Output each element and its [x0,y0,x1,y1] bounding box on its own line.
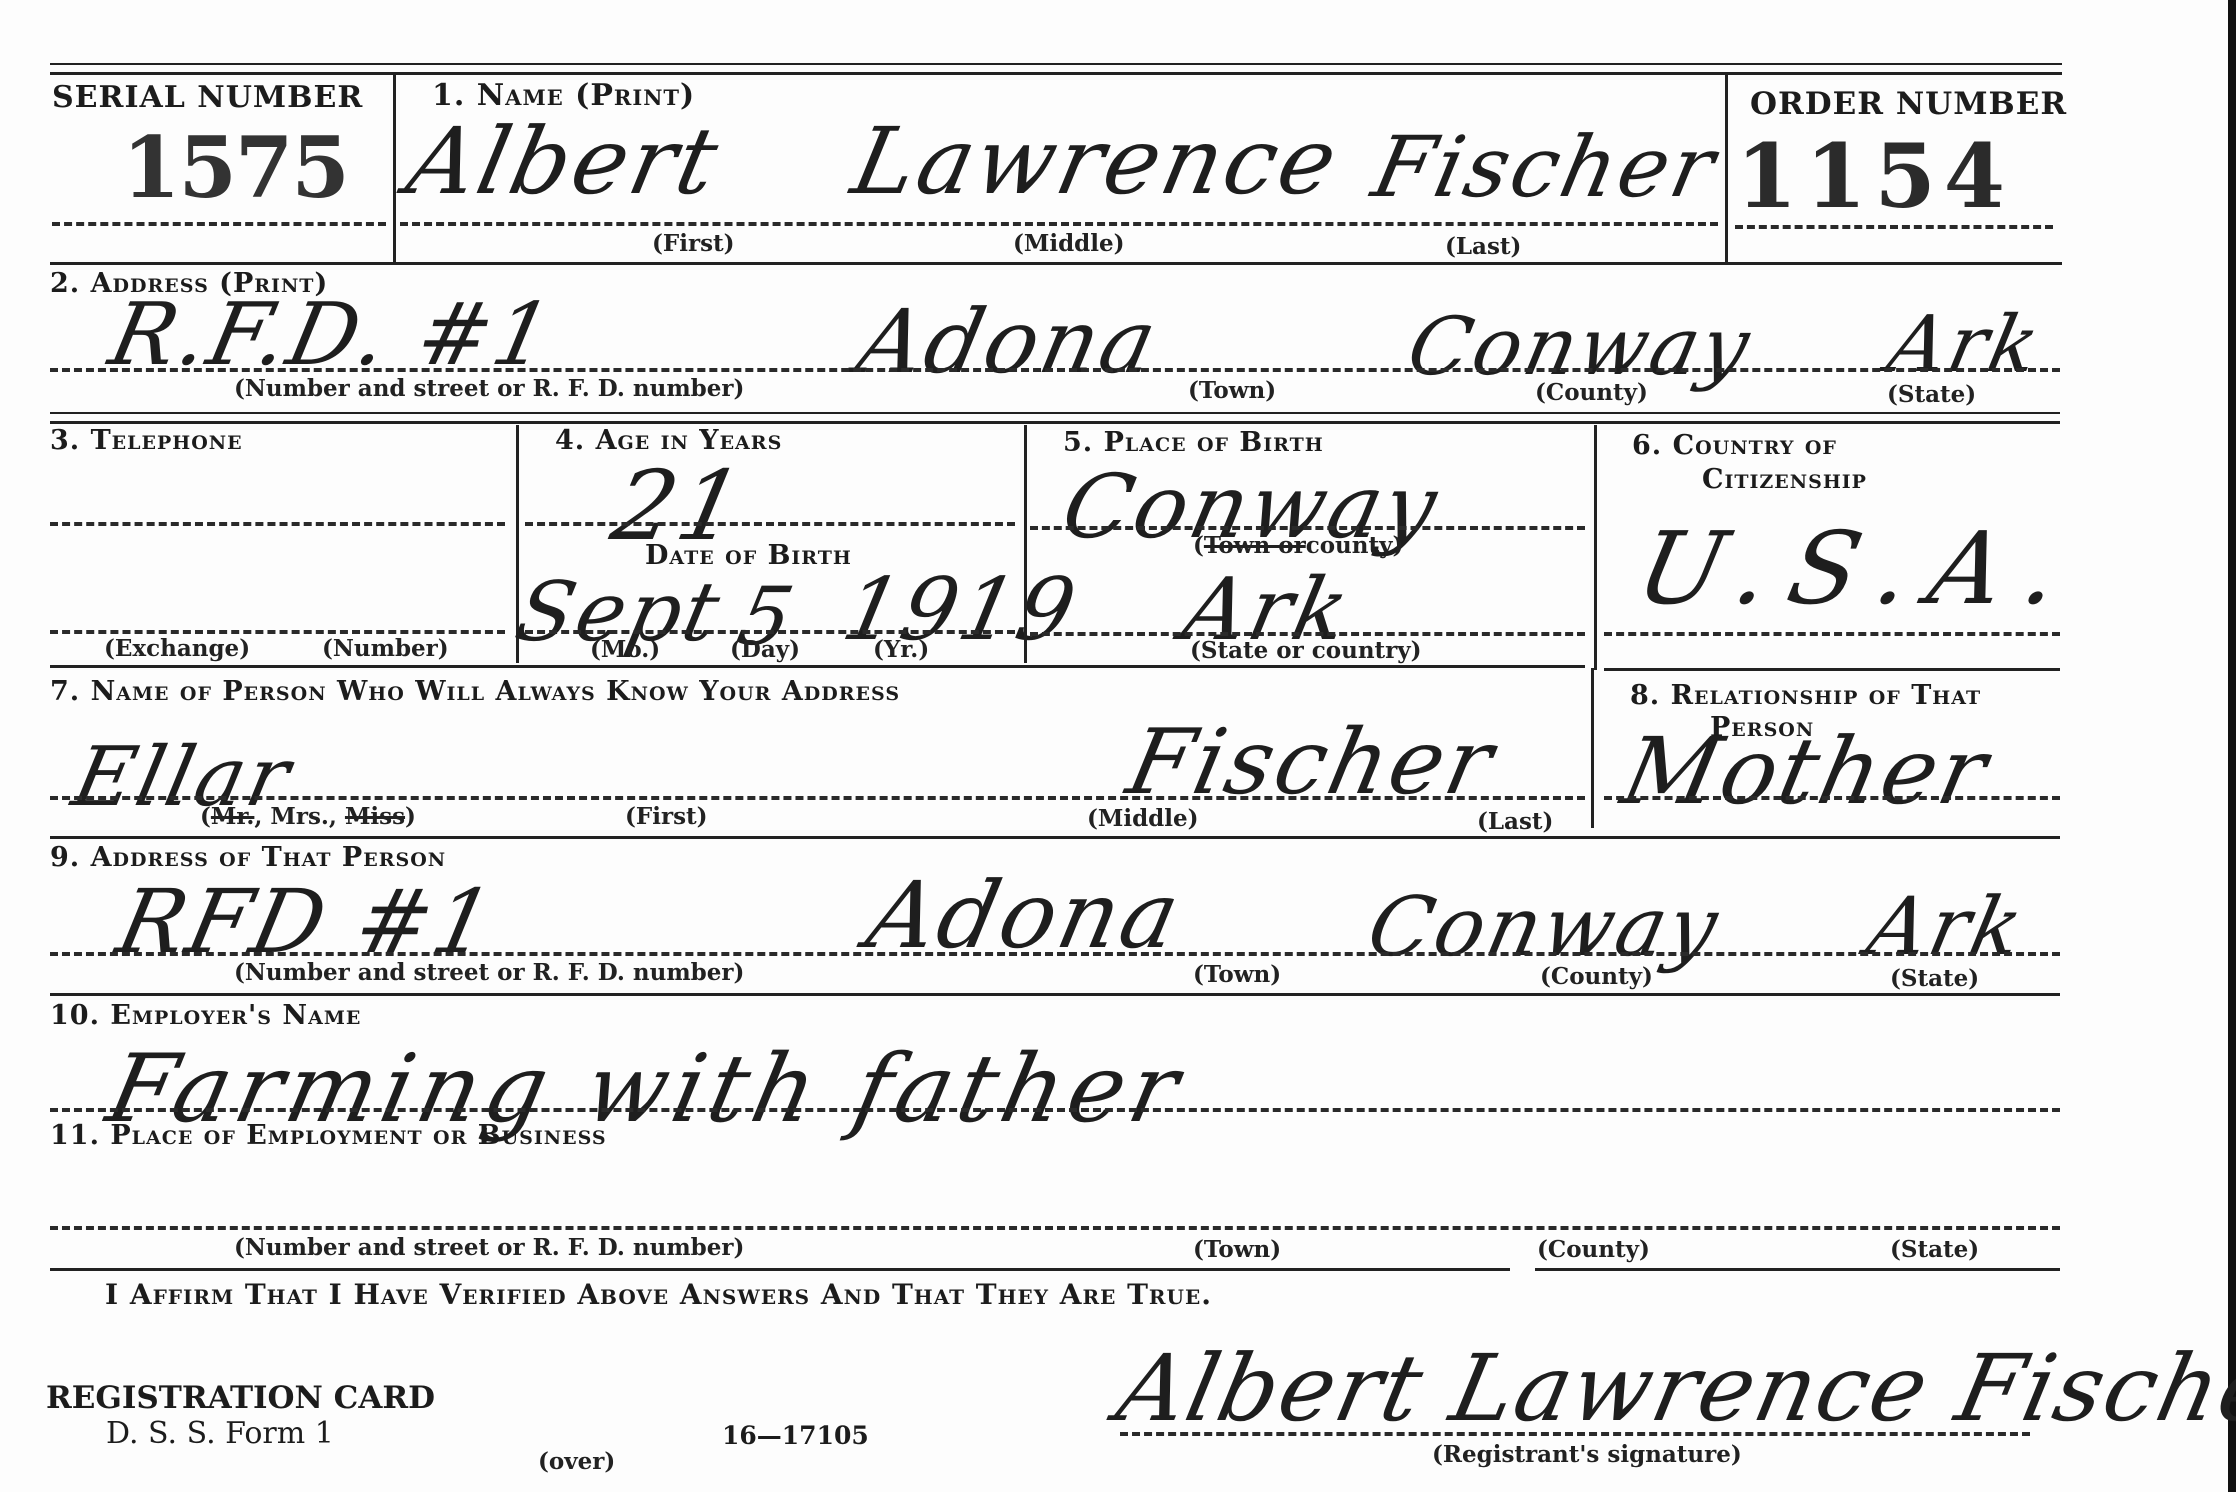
citizenship-value[interactable]: U.S.A. [1628,510,2092,627]
employment-street-sublabel: (Number and street or R. F. D. number) [234,1234,744,1261]
dob-month-sublabel: (Mo.) [590,636,660,663]
employment-town-sublabel: (Town) [1193,1236,1281,1263]
divider-name-order [1725,75,1728,265]
contact-address-town-sublabel: (Town) [1193,961,1281,988]
contact-line [50,796,1585,800]
birthplace-line-2 [1030,632,1585,636]
serial-number-line [52,222,386,226]
divider-birthplace-citizenship [1594,425,1597,670]
signature-line [1120,1432,2030,1436]
dob-line [525,630,1015,634]
row3-bottom-rule-left [50,665,1585,668]
order-number-value: 1154 [1736,124,2013,228]
contact-title-open: ( [200,803,211,830]
row2-bottom-rule-2 [50,421,2060,424]
telephone-number-sublabel: (Number) [322,635,449,662]
signature-sublabel: (Registrant's signature) [1432,1441,1742,1468]
divider-age-birthplace [1024,425,1027,663]
dob-day-sublabel: (Day) [730,636,800,663]
row2-bottom-rule-1 [50,412,2060,414]
contact-first-sublabel: (First) [625,803,708,830]
employment-state-sublabel: (State) [1890,1236,1979,1263]
row1-bottom-rule [50,262,2062,265]
address-street-sublabel: (Number and street or R. F. D. number) [234,375,744,402]
card-edge-shadow [2228,0,2236,1492]
row7-bottom-rule [50,836,2060,839]
birthplace-state-sublabel: (State or country) [1190,637,1422,664]
birthplace-line-1 [1030,526,1585,530]
employment-county-sublabel: (County) [1537,1236,1650,1263]
telephone-label: 3. Telephone [50,425,243,456]
contact-title-sublabel: (Mr., Mrs., Miss) [200,803,416,830]
form-id: D. S. S. Form 1 [106,1416,334,1451]
birthplace-town-open: ( [1193,532,1204,559]
contact-title-close: ) [405,803,416,830]
employment-place-label: 11. Place of Employment or Business [50,1120,607,1151]
order-number-label: ORDER NUMBER [1750,86,2067,122]
address-town-sublabel: (Town) [1188,377,1276,404]
contact-address-street-sublabel: (Number and street or R. F. D. number) [234,959,744,986]
relationship-value[interactable]: Mother [1614,718,1999,825]
birthplace-label: 5. Place of Birth [1063,427,1324,458]
contact-address-street-value[interactable]: RFD #1 [109,870,504,973]
name-last-value[interactable]: Fischer [1365,118,1726,216]
row11-bottom-rule-left [50,1268,1510,1271]
row11-bottom-rule-right [1535,1268,2060,1271]
address-state-sublabel: (State) [1887,381,1976,408]
divider-serial-name [393,75,396,263]
contact-title-mr: Mr. [211,803,254,830]
contact-address-line [50,952,2060,956]
print-code: 16—17105 [722,1421,869,1450]
birthplace-town-sublabel: (Town orcounty) [1193,532,1403,559]
name-first-value[interactable]: Albert [399,108,730,215]
name-last-sublabel: (Last) [1445,233,1521,260]
address-town-value[interactable]: Adona [849,290,1168,393]
employer-label: 10. Employer's Name [50,1000,361,1031]
dob-year-sublabel: (Yr.) [873,636,929,663]
telephone-line-2 [50,630,505,634]
top-rule-1 [50,63,2062,65]
citizenship-label-2: Citizenship [1702,464,1867,495]
name-middle-value[interactable]: Lawrence [844,108,1349,215]
name-first-sublabel: (First) [652,230,735,257]
name-line [400,222,1718,226]
employment-place-line [50,1226,2060,1230]
contact-address-label: 9. Address of That Person [50,842,446,873]
employer-line [50,1108,2060,1112]
relationship-label-1: 8. Relationship of That [1630,680,1981,711]
top-rule-2 [50,72,2062,75]
birthplace-town-struck: Town or [1204,532,1306,559]
telephone-line-1 [50,522,505,526]
over-label: (over) [538,1448,615,1475]
name-middle-sublabel: (Middle) [1013,230,1125,257]
contact-last-sublabel: (Last) [1477,808,1553,835]
contact-title-mrs: , Mrs., [254,803,345,830]
citizenship-label-1: 6. Country of [1632,430,1837,461]
contact-label: 7. Name of Person Who Will Always Know Y… [50,676,900,707]
contact-address-county-sublabel: (County) [1540,963,1653,990]
row9-bottom-rule [50,993,2060,996]
citizenship-line [1604,632,2060,636]
age-line [525,522,1015,526]
contact-address-county-value[interactable]: Conway [1360,880,1729,975]
row3-bottom-rule-right [1604,668,2060,671]
address-county-sublabel: (County) [1535,379,1648,406]
signature-value[interactable]: Albert Lawrence Fischer [1109,1335,2236,1442]
divider-contact-relationship [1591,668,1594,828]
address-line [50,368,2060,372]
contact-address-state-sublabel: (State) [1890,965,1979,992]
serial-number-value: 1575 [122,118,348,217]
birthplace-county-sublabel: county) [1306,532,1404,559]
serial-number-label: SERIAL NUMBER [52,80,363,115]
order-number-line [1735,225,2053,229]
contact-address-state-value[interactable]: Ark [1860,880,2033,973]
contact-middle-sublabel: (Middle) [1087,805,1199,832]
affirmation-text: I Affirm That I Have Verified Above Answ… [105,1278,1212,1311]
contact-title-miss: Miss [345,803,405,830]
telephone-exchange-sublabel: (Exchange) [104,635,250,662]
form-title: REGISTRATION CARD [46,1380,435,1416]
relationship-line [1604,796,2060,800]
address-state-value[interactable]: Ark [1880,300,2049,390]
